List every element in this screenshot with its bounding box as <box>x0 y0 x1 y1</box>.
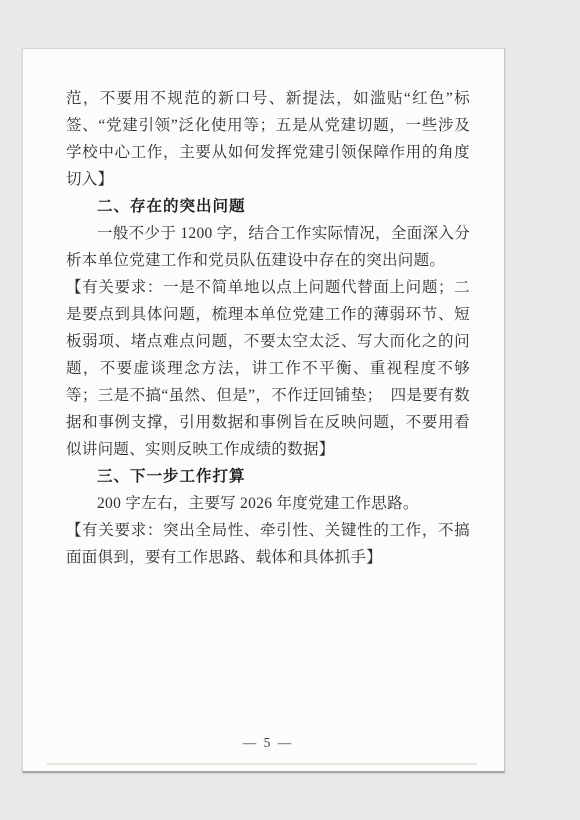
document-page: 范，不要用不规范的新口号、新提法，如滥贴“红色”标签、“党建引领”泛化使用等；五… <box>22 48 505 773</box>
scan-artifact-streak <box>47 763 477 765</box>
paragraph-plan-intro: 200 字左右，主要写 2026 年度党建工作思路。 <box>66 490 470 517</box>
page-number: — 5 — <box>66 735 470 751</box>
document-text-block: 范，不要用不规范的新口号、新提法，如滥贴“红色”标签、“党建引领”泛化使用等；五… <box>66 85 470 571</box>
paragraph-continuation-requirements-end: 范，不要用不规范的新口号、新提法，如滥贴“红色”标签、“党建引领”泛化使用等；五… <box>66 85 470 193</box>
scanned-page-background: 范，不要用不规范的新口号、新提法，如滥贴“红色”标签、“党建引领”泛化使用等；五… <box>0 0 580 820</box>
paragraph-problems-requirements-note: 【有关要求：一是不简单地以点上问题代替面上问题；二是要点到具体问题，梳理本单位党… <box>66 274 470 463</box>
paragraph-problems-intro: 一般不少于 1200 字，结合工作实际情况，全面深入分析本单位党建工作和党员队伍… <box>66 220 470 274</box>
section-heading-existing-problems: 二、存在的突出问题 <box>66 193 470 220</box>
paragraph-plan-requirements-note: 【有关要求：突出全局性、牵引性、关键性的工作，不搞面面俱到，要有工作思路、载体和… <box>66 517 470 571</box>
section-heading-next-step-plan: 三、下一步工作打算 <box>66 463 470 490</box>
